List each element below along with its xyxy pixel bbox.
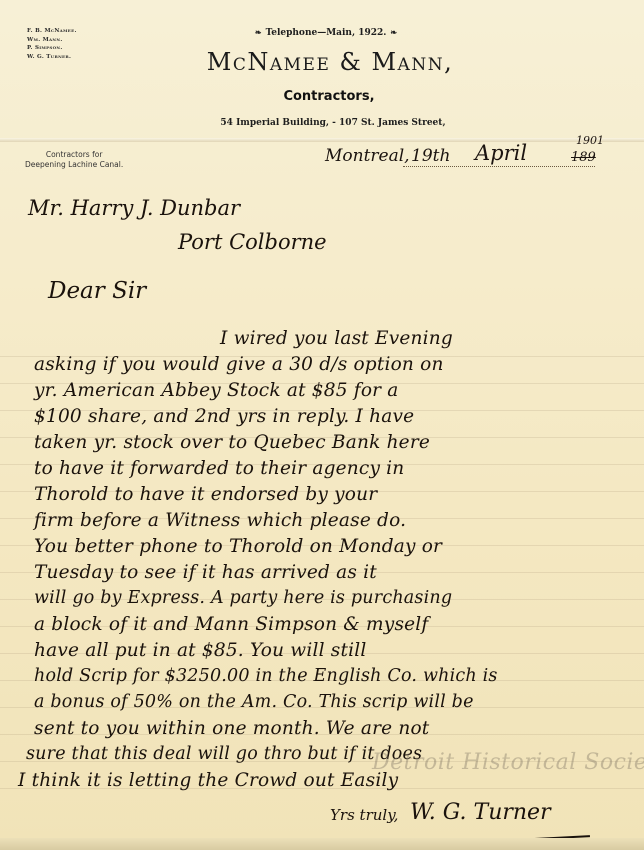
date-year-printed: 189 xyxy=(571,150,596,165)
firm-subtitle: Contractors, xyxy=(0,89,644,104)
signature: W. G. Turner xyxy=(410,800,551,825)
body-line: Thorold to have it endorsed by your xyxy=(34,484,377,505)
telephone-line: ❧Telephone—Main, 1922.❧ xyxy=(0,27,644,38)
closing: Yrs truly, xyxy=(330,806,398,824)
body-line: will go by Express. A party here is purc… xyxy=(34,588,452,608)
body-line: You better phone to Thorold on Monday or xyxy=(34,536,442,557)
body-line: a block of it and Mann Simpson & myself xyxy=(34,614,428,635)
body-line: $100 share, and 2nd yrs in reply. I have xyxy=(34,406,414,427)
recipient-name: Mr. Harry J. Dunbar xyxy=(28,196,240,220)
body-line: firm before a Witness which please do. xyxy=(34,510,406,531)
salutation: Dear Sir xyxy=(48,278,146,304)
watermark: Detroit Historical Society xyxy=(372,750,644,775)
body-line: hold Scrip for $3250.00 in the English C… xyxy=(34,666,498,686)
body-line: asking if you would give a 30 d/s option… xyxy=(34,354,444,375)
firm-address: 54 Imperial Building, - 107 St. James St… xyxy=(0,118,644,128)
date-dotted-rule xyxy=(403,166,595,167)
telephone-text: Telephone—Main, 1922. xyxy=(266,28,387,38)
letter-page: F. B. McNamee. Wm. Mann. P. Simpson. W. … xyxy=(0,0,644,850)
body-line: sure that this deal will go thro but if … xyxy=(26,744,422,764)
recipient-place: Port Colborne xyxy=(178,230,327,254)
body-line: to have it forwarded to their agency in xyxy=(34,458,404,479)
body-line: sent to you within one month. We are not xyxy=(34,718,429,739)
canal-note-line: Deepening Lachine Canal. xyxy=(25,160,123,170)
date-month: April xyxy=(475,141,527,165)
body-line: I wired you last Evening xyxy=(220,328,453,349)
date-city: Montreal, xyxy=(325,146,410,166)
body-line: Tuesday to see if it has arrived as it xyxy=(34,562,377,583)
date-day: 19th xyxy=(411,146,450,166)
leaf-ornament-icon: ❧ xyxy=(390,27,397,37)
firm-name: McNamee & Mann, xyxy=(0,48,644,76)
date-year-handwritten: 1901 xyxy=(576,134,604,147)
leaf-ornament-icon: ❧ xyxy=(255,27,262,37)
dateline: Montreal, 19th April 189 1901 xyxy=(325,138,625,174)
body-line: yr. American Abbey Stock at $85 for a xyxy=(34,380,399,401)
canal-note-line: Contractors for xyxy=(25,150,123,160)
body-line: taken yr. stock over to Quebec Bank here xyxy=(34,432,430,453)
body-line: I think it is letting the Crowd out Easi… xyxy=(18,770,398,791)
paper-bottom-edge xyxy=(0,838,644,850)
body-line: a bonus of 50% on the Am. Co. This scrip… xyxy=(34,692,474,712)
canal-note: Contractors for Deepening Lachine Canal. xyxy=(25,150,123,170)
body-line: have all put in at $85. You will still xyxy=(34,640,366,661)
